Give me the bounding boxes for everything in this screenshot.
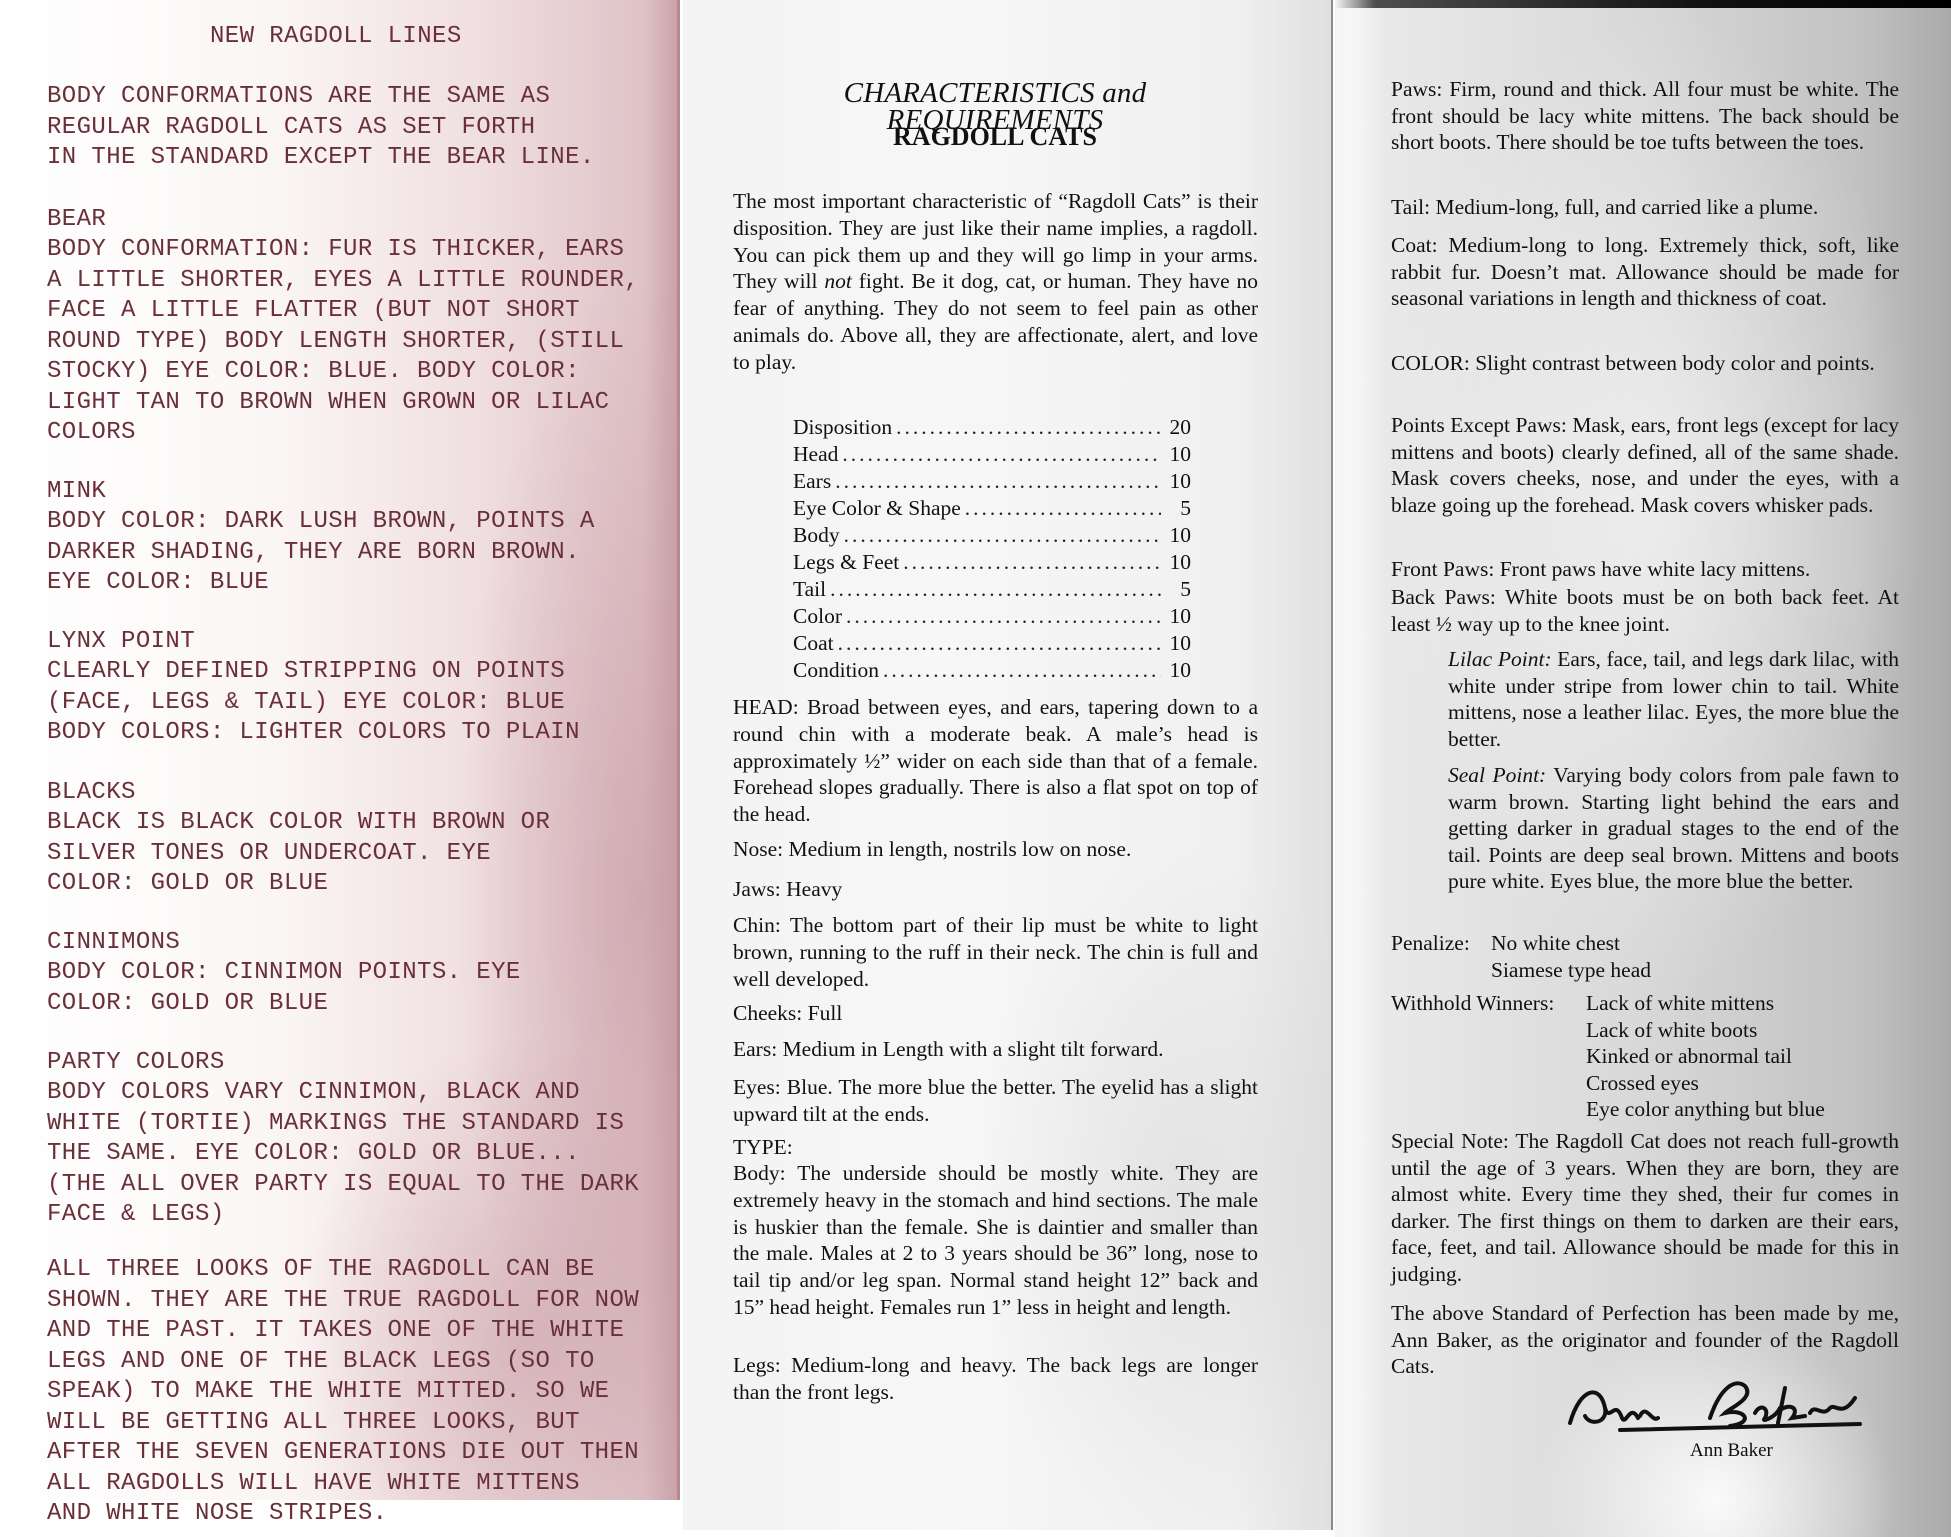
leader-dots xyxy=(838,630,1161,657)
jaws-paragraph: Jaws: Heavy xyxy=(733,876,1258,903)
ears-paragraph: Ears: Medium in Length with a slight til… xyxy=(733,1036,1258,1063)
leader-dots xyxy=(903,549,1161,576)
penalize-label: Penalize: xyxy=(1391,930,1491,983)
special-note-paragraph: Special Note: The Ragdoll Cat does not r… xyxy=(1391,1128,1899,1287)
page-left-edge xyxy=(1335,0,1375,1537)
leader-dots xyxy=(830,576,1161,603)
coat-paragraph: Coat: Medium-long to long. Extremely thi… xyxy=(1391,232,1899,312)
withhold-winners-list: Withhold Winners: Lack of white mittensL… xyxy=(1391,990,1825,1123)
list-item: Kinked or abnormal tail xyxy=(1586,1043,1825,1070)
cheeks-paragraph: Cheeks: Full xyxy=(733,1000,1258,1027)
section-text-bear: BODY CONFORMATION: FUR IS THICKER, EARS … xyxy=(47,235,639,449)
leader-dots xyxy=(965,495,1161,522)
section-text-cinnimons: BODY COLOR: CINNIMON POINTS. EYE COLOR: … xyxy=(47,958,521,1019)
score-points: 5 xyxy=(1165,576,1191,603)
section-text-party-colors: BODY COLORS VARY CINNIMON, BLACK AND WHI… xyxy=(47,1078,639,1231)
score-points: 10 xyxy=(1165,603,1191,630)
front-paws-paragraph: Front Paws: Front paws have white lacy m… xyxy=(1391,556,1899,583)
section-heading-lynx-point: LYNX POINT xyxy=(47,627,195,658)
list-item: Lack of white boots xyxy=(1586,1017,1825,1044)
closing-text: ALL THREE LOOKS OF THE RAGDOLL CAN BE SH… xyxy=(47,1255,639,1530)
score-row: Ears10 xyxy=(793,468,1191,495)
seal-point-paragraph: Seal Point: Varying body colors from pal… xyxy=(1448,762,1899,895)
body-paragraph: Body: The underside should be mostly whi… xyxy=(733,1160,1258,1321)
score-label: Coat xyxy=(793,630,834,657)
page-top-edge xyxy=(1335,0,1951,8)
score-row: Eye Color & Shape5 xyxy=(793,495,1191,522)
section-text-lynx-point: CLEARLY DEFINED STRIPPING ON POINTS (FAC… xyxy=(47,657,580,749)
list-item: Siamese type head xyxy=(1491,957,1651,984)
score-row: Head10 xyxy=(793,441,1191,468)
section-heading-blacks: BLACKS xyxy=(47,778,136,809)
leader-dots xyxy=(846,603,1161,630)
lilac-point-paragraph: Lilac Point: Ears, face, tail, and legs … xyxy=(1448,646,1899,752)
leader-dots xyxy=(896,414,1161,441)
score-points: 10 xyxy=(1165,522,1191,549)
color-paragraph: COLOR: Slight contrast between body colo… xyxy=(1391,350,1899,377)
score-points: 10 xyxy=(1165,549,1191,576)
score-points: 10 xyxy=(1165,441,1191,468)
list-item: Lack of white mittens xyxy=(1586,990,1825,1017)
section-heading-mink: MINK xyxy=(47,477,106,508)
head-paragraph: HEAD: Broad between eyes, and ears, tape… xyxy=(733,694,1258,828)
leader-dots xyxy=(883,657,1161,684)
score-row: Legs & Feet10 xyxy=(793,549,1191,576)
score-label: Legs & Feet xyxy=(793,549,899,576)
type-heading: TYPE: xyxy=(733,1134,1258,1161)
leader-dots xyxy=(835,468,1161,495)
score-points: 20 xyxy=(1165,414,1191,441)
back-paws-paragraph: Back Paws: White boots must be on both b… xyxy=(1391,584,1899,637)
score-table: Disposition20Head10Ears10Eye Color & Sha… xyxy=(793,414,1191,684)
score-label: Ears xyxy=(793,468,831,495)
eyes-paragraph: Eyes: Blue. The more blue the better. Th… xyxy=(733,1074,1258,1128)
penalize-list: Penalize: No white chestSiamese type hea… xyxy=(1391,930,1651,983)
score-label: Color xyxy=(793,603,842,630)
points-except-paws-paragraph: Points Except Paws: Mask, ears, front le… xyxy=(1391,412,1899,518)
score-row: Disposition20 xyxy=(793,414,1191,441)
page-heading-bold: RAGDOLL CATS xyxy=(735,124,1255,151)
list-item: Crossed eyes xyxy=(1586,1070,1825,1097)
section-text-mink: BODY COLOR: DARK LUSH BROWN, POINTS A DA… xyxy=(47,507,595,599)
characteristics-page: CHARACTERISTICS and REQUIREMENTS RAGDOLL… xyxy=(683,0,1333,1530)
score-points: 10 xyxy=(1165,630,1191,657)
list-item: No white chest xyxy=(1491,930,1651,957)
intro-text: BODY CONFORMATIONS ARE THE SAME AS REGUL… xyxy=(47,82,595,174)
section-heading-party-colors: PARTY COLORS xyxy=(47,1048,225,1079)
sheet-title: NEW RAGDOLL LINES xyxy=(210,22,462,53)
score-label: Disposition xyxy=(793,414,892,441)
score-points: 10 xyxy=(1165,657,1191,684)
signature-name: Ann Baker xyxy=(1690,1440,1773,1462)
leader-dots xyxy=(844,522,1161,549)
list-item: Eye color anything but blue xyxy=(1586,1096,1825,1123)
score-label: Head xyxy=(793,441,838,468)
score-row: Color10 xyxy=(793,603,1191,630)
score-row: Condition10 xyxy=(793,657,1191,684)
chin-paragraph: Chin: The bottom part of their lip must … xyxy=(733,912,1258,992)
tail-paragraph: Tail: Medium-long, full, and carried lik… xyxy=(1391,194,1899,221)
closing-paragraph: The above Standard of Perfection has bee… xyxy=(1391,1300,1899,1380)
score-label: Tail xyxy=(793,576,826,603)
score-label: Eye Color & Shape xyxy=(793,495,961,522)
score-row: Body10 xyxy=(793,522,1191,549)
score-points: 5 xyxy=(1165,495,1191,522)
score-row: Tail5 xyxy=(793,576,1191,603)
intro-paragraph: The most important characteristic of “Ra… xyxy=(733,188,1258,376)
score-points: 10 xyxy=(1165,468,1191,495)
new-ragdoll-lines-sheet: NEW RAGDOLL LINES BODY CONFORMATIONS ARE… xyxy=(0,0,680,1500)
score-label: Body xyxy=(793,522,840,549)
legs-paragraph: Legs: Medium-long and heavy. The back le… xyxy=(733,1352,1258,1406)
section-heading-cinnimons: CINNIMONS xyxy=(47,928,180,959)
signature-icon xyxy=(1560,1378,1880,1438)
score-row: Coat10 xyxy=(793,630,1191,657)
standard-continued-page: Paws: Firm, round and thick. All four mu… xyxy=(1335,0,1951,1537)
section-heading-bear: BEAR xyxy=(47,205,106,236)
paws-paragraph: Paws: Firm, round and thick. All four mu… xyxy=(1391,76,1899,156)
nose-paragraph: Nose: Medium in length, nostrils low on … xyxy=(733,836,1258,863)
section-text-blacks: BLACK IS BLACK COLOR WITH BROWN OR SILVE… xyxy=(47,808,550,900)
leader-dots xyxy=(842,441,1161,468)
score-label: Condition xyxy=(793,657,879,684)
withhold-winners-label: Withhold Winners: xyxy=(1391,990,1586,1123)
